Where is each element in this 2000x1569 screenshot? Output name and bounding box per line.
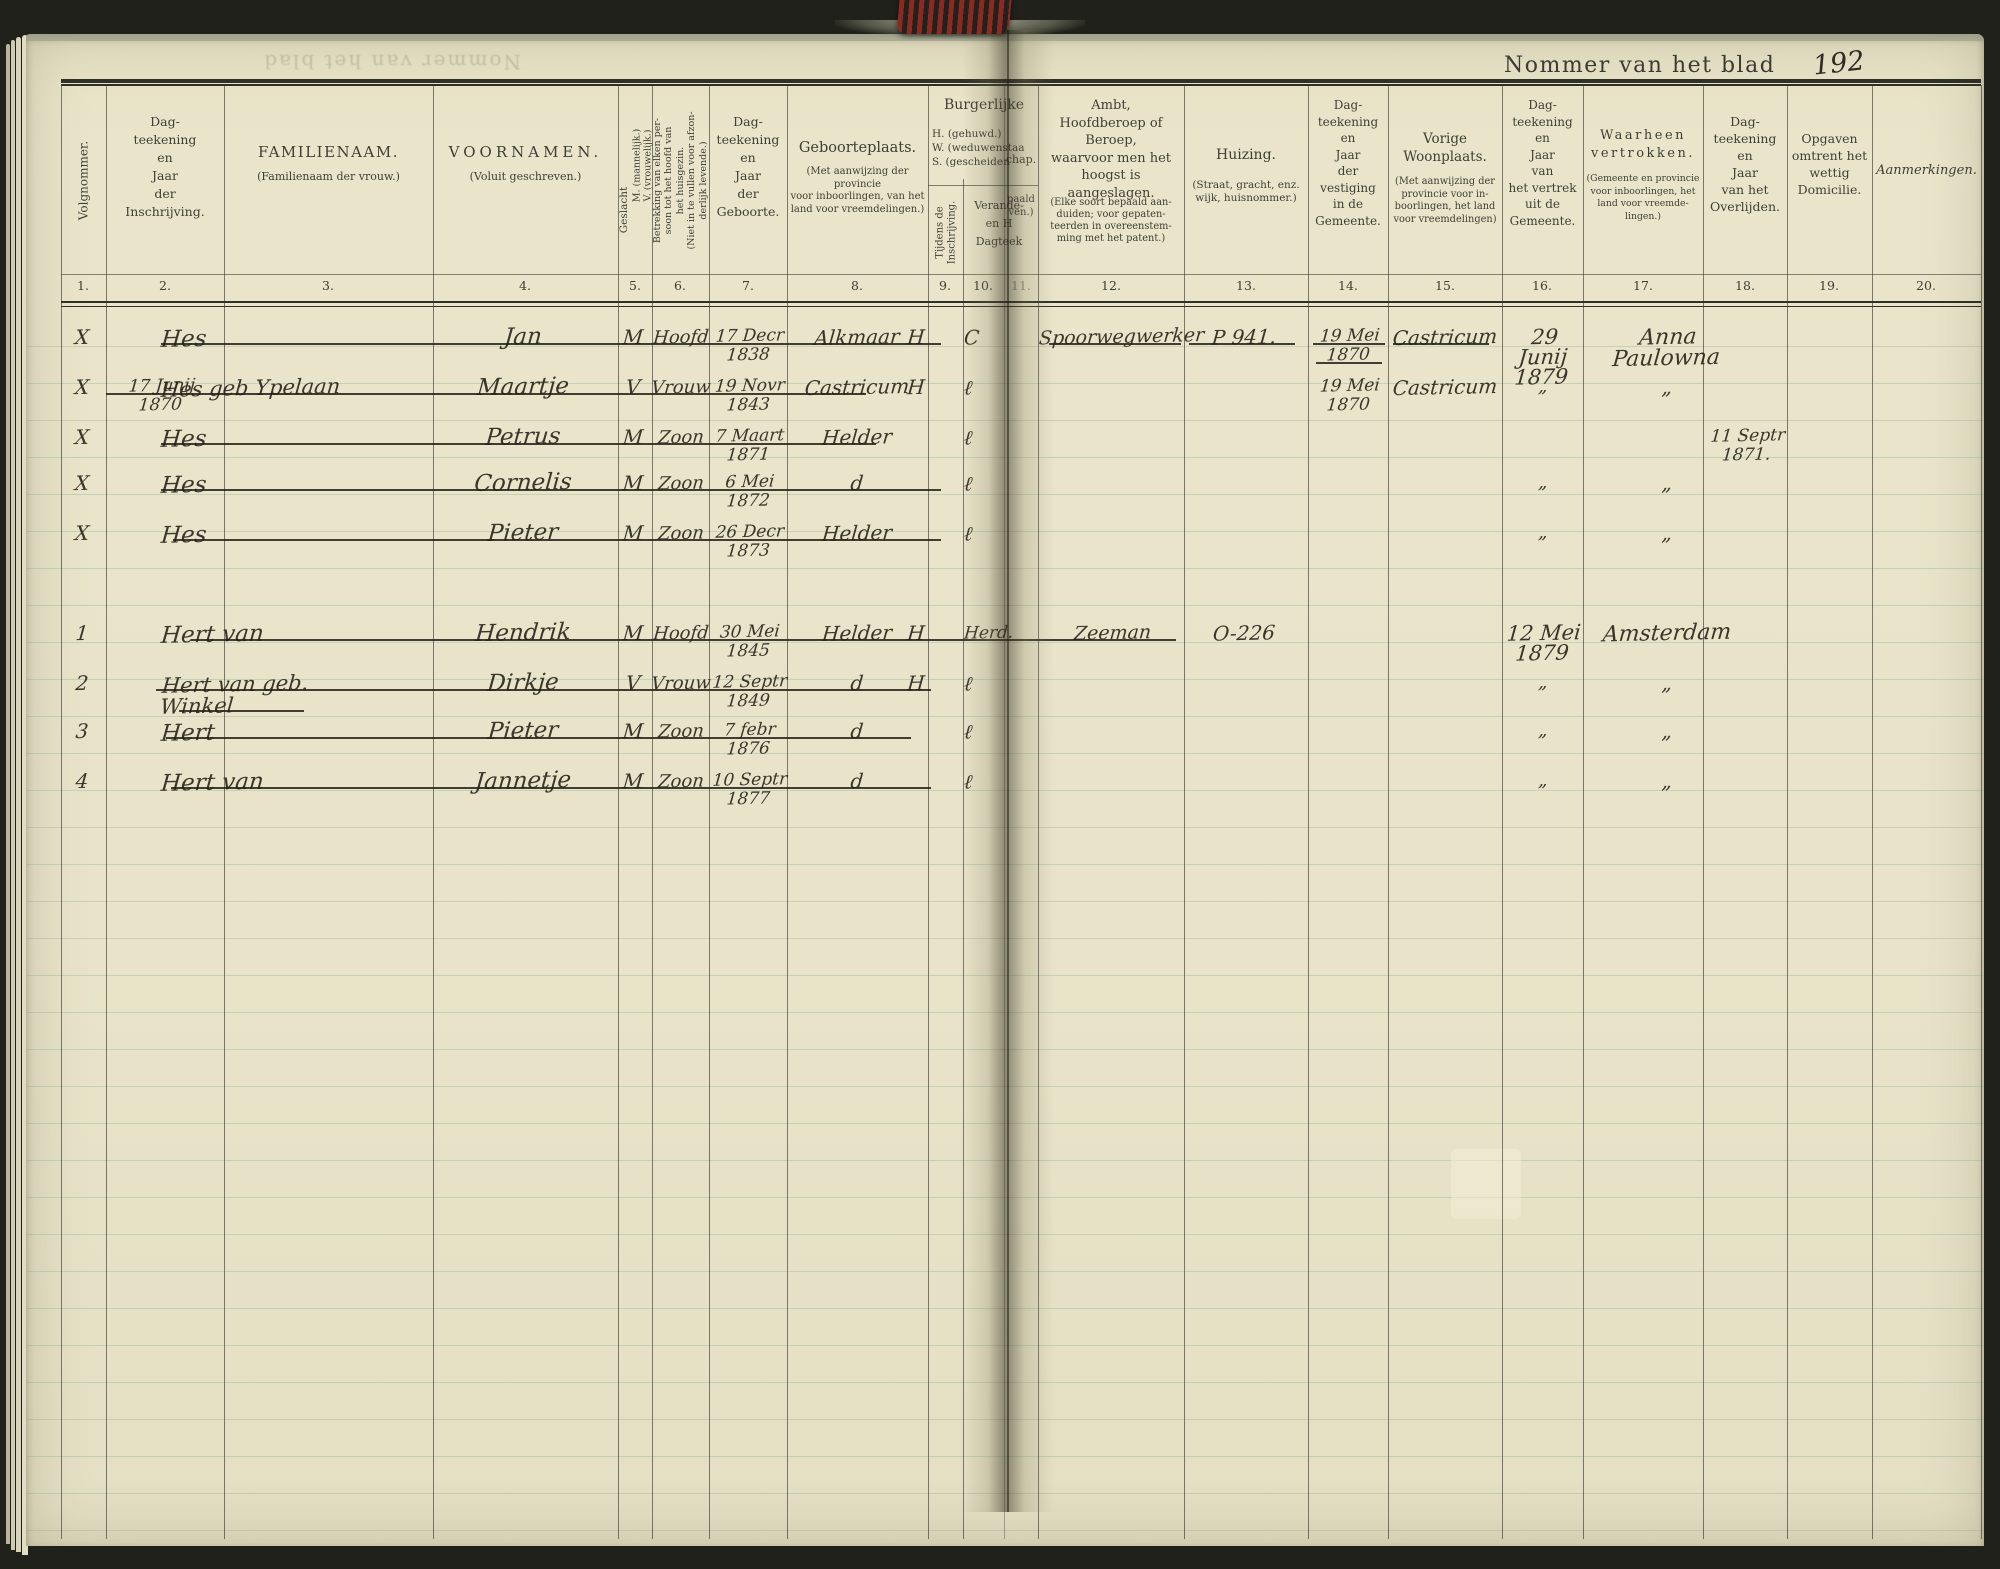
entry-illegible-mark: ℓ xyxy=(963,770,1027,792)
column-number: 1. xyxy=(68,278,98,293)
register-row: X Hes Cornelis M Zoon 6 Mei 1872 d ℓ „ „ xyxy=(61,473,1981,519)
strike-line xyxy=(166,737,911,739)
header-huizing: Huizing. (Straat, gracht, enz. wijk, hui… xyxy=(1184,147,1308,204)
entry-illegible-mark: C xyxy=(963,326,1027,348)
page-stack-edge xyxy=(6,44,10,1544)
entry-illegible-mark: ℓ xyxy=(963,472,1027,494)
strike-line xyxy=(1313,343,1385,345)
column-number: 4. xyxy=(510,278,540,293)
column-number: 20. xyxy=(1911,278,1941,293)
entry-voornamen: Maartje xyxy=(432,375,614,400)
header-betrekking: Betrekking van elken per- soon tot het h… xyxy=(652,88,709,273)
column-number: 3. xyxy=(313,278,343,293)
entry-geboortedatum: 7 Maart 1871 xyxy=(705,426,792,466)
column-number: 10. xyxy=(968,278,998,293)
header-fold-fragment-1: chap. xyxy=(999,153,1043,166)
header-domicilie: Opgaven omtrent het wettig Domicilie. xyxy=(1787,130,1872,198)
burgerlijke-separator xyxy=(928,185,1038,186)
entry-vertrek-datum: 12 Mei 1879 xyxy=(1500,622,1585,664)
page-stack-edge xyxy=(11,40,15,1550)
header-vorige-sub: (Met aanwijzing der provincie voor in- b… xyxy=(1388,176,1502,226)
entry-burgerlijke-staat: H xyxy=(900,673,932,695)
register-page: Nommer van het blad Nommer van het blad … xyxy=(26,34,1984,1546)
header-huizing-title: Huizing. xyxy=(1184,147,1308,163)
entry-geboortedatum: 30 Mei 1845 xyxy=(705,622,792,662)
entry-familienaam: Hert van xyxy=(160,768,432,795)
entry-familienaam: Hes geb Ypelaan xyxy=(160,374,432,401)
entry-waarheen-ditto: „ xyxy=(1582,521,1752,546)
column-number: 15. xyxy=(1430,278,1460,293)
entry-volgnommer: X xyxy=(62,327,102,349)
header-betrekking-text: Betrekking van elken per- soon tot het h… xyxy=(652,88,709,273)
entry-vertrek-ditto: „ xyxy=(1501,672,1585,694)
header-inschrijving: Dag- teekening en Jaar der Inschrijving. xyxy=(106,113,224,221)
book-headband xyxy=(897,0,1012,34)
header-waarheen-sub: (Gemeente en provincie voor inboorlingen… xyxy=(1583,173,1703,223)
entry-geboortedatum: 26 Decr 1873 xyxy=(705,522,792,562)
header-geslacht: Geslacht xyxy=(617,145,631,275)
entry-geboortedatum: 17 Decr 1838 xyxy=(705,326,792,366)
register-row: 2 Hert van geb. Winkel Dirkje V Vrouw 12… xyxy=(61,673,1981,719)
header-voornamen-sub: (Voluit geschreven.) xyxy=(433,171,618,184)
header-vestiging: Dag- teekening en Jaar der vestiging in … xyxy=(1308,97,1388,229)
entry-burgerlijke-staat: H xyxy=(900,623,932,645)
entry-geboorteplaats: Helder xyxy=(786,522,928,546)
entry-geboortedatum: 6 Mei 1872 xyxy=(705,472,792,512)
entry-illegible-mark: ℓ xyxy=(963,426,1027,448)
header-fold-fragment-2: paald ven.) xyxy=(999,193,1043,219)
header-waarheen-title: Waarheen vertrokken. xyxy=(1583,127,1703,163)
header-overlijden: Dag- teekening en Jaar van het Overlijde… xyxy=(1703,113,1787,215)
header-geslacht-m: M. (mannelijk.) xyxy=(631,90,642,240)
entry-waarheen-ditto: „ xyxy=(1582,671,1752,696)
table-header: Volgnommer. Dag- teekening en Jaar der I… xyxy=(61,85,1981,275)
header-vorige: Vorige Woonplaats. (Met aanwijzing der p… xyxy=(1388,130,1502,226)
entry-volgnommer: 2 xyxy=(62,673,102,695)
entry-familienaam: Hes xyxy=(160,424,432,451)
strike-line xyxy=(156,689,931,691)
strike-line xyxy=(179,710,304,712)
entry-burgerlijke-staat: H xyxy=(900,377,932,399)
strike-line xyxy=(1316,362,1382,364)
header-familienaam: FAMILIENAAM. (Familienaam der vrouw.) xyxy=(224,143,433,184)
gutter-crease xyxy=(1007,30,1009,1512)
entry-waarheen-ditto: „ xyxy=(1582,769,1752,794)
header-volgnommer: Volgnommer. xyxy=(61,85,106,275)
header-beroep-sub: (Elke soort bepaald aan- duiden; voor ge… xyxy=(1043,197,1179,245)
entry-volgnommer: 3 xyxy=(62,721,102,743)
entry-waarheen: Amsterdam xyxy=(1582,621,1752,646)
column-number: 5. xyxy=(620,278,650,293)
register-row: X Hes Petrus M Zoon 7 Maart 1871 Helder … xyxy=(61,427,1981,473)
entry-voornamen: Pieter xyxy=(432,521,614,546)
entry-volgnommer: 4 xyxy=(62,771,102,793)
entry-familienaam: Hert xyxy=(160,718,432,745)
entry-volgnommer: X xyxy=(62,377,102,399)
entry-voornamen: Dirkje xyxy=(432,671,614,696)
column-number: 17. xyxy=(1628,278,1658,293)
strike-line xyxy=(161,489,941,491)
header-voornamen: VOORNAMEN. (Voluit geschreven.) xyxy=(433,143,618,184)
header-vorige-title: Vorige Woonplaats. xyxy=(1388,130,1502,166)
entry-vertrek-ditto: „ xyxy=(1501,376,1585,398)
entry-overlijden: 11 Septr 1871. xyxy=(1702,426,1791,466)
entry-geboortedatum: 19 Novr 1843 xyxy=(705,376,792,416)
header-vertrek: Dag- teekening en Jaar van het vertrek u… xyxy=(1502,97,1583,229)
table-body: X Hes Jan M Hoofd 17 Decr 1838 Alkmaar H… xyxy=(61,307,1981,1539)
entry-huizing: P 941. xyxy=(1188,326,1300,349)
register-row: X Hes Jan M Hoofd 17 Decr 1838 Alkmaar H… xyxy=(61,327,1981,373)
column-number: 8. xyxy=(842,278,872,293)
entry-familienaam: Hes xyxy=(160,324,432,351)
entry-burgerlijke-staat: H xyxy=(900,327,932,349)
entry-voornamen: Pieter xyxy=(432,719,614,744)
column-number: 12. xyxy=(1096,278,1126,293)
entry-vestiging: 19 Mei 1870 xyxy=(1307,326,1390,366)
entry-familienaam: Hes xyxy=(160,470,432,497)
strike-line xyxy=(1049,343,1181,345)
entry-vertrek-ditto: „ xyxy=(1501,720,1585,742)
header-voornamen-title: VOORNAMEN. xyxy=(433,143,618,161)
column-number: 11. xyxy=(1006,278,1036,293)
register-row: X 17 Junij 1870 Hes geb Ypelaan Maartje … xyxy=(61,377,1981,423)
header-huizing-sub: (Straat, gracht, enz. wijk, huisnommer.) xyxy=(1184,179,1308,204)
entry-vestiging: 19 Mei 1870 xyxy=(1307,376,1390,416)
strike-line xyxy=(1393,343,1489,345)
entry-waarheen-ditto: „ xyxy=(1582,375,1752,400)
header-aanmerkingen: Aanmerkingen. xyxy=(1872,163,1981,178)
entry-geboortedatum: 12 Septr 1849 xyxy=(705,672,792,712)
column-number: 18. xyxy=(1730,278,1760,293)
header-geboorteplaats-sub: (Met aanwijzing der provincie voor inboo… xyxy=(787,166,928,216)
entry-volgnommer: X xyxy=(62,523,102,545)
book-scan: Nommer van het blad Nommer van het blad … xyxy=(0,0,2000,1569)
column-number: 19. xyxy=(1814,278,1844,293)
entry-illegible-mark: ℓ xyxy=(963,720,1027,742)
entry-voornamen: Jan xyxy=(432,325,614,350)
header-geboorteplaats-title: Geboorteplaats. xyxy=(787,140,928,156)
entry-huizing: O-226 xyxy=(1188,622,1300,645)
entry-beroep: Zeeman xyxy=(1038,621,1187,645)
entry-geboortedatum: 7 febr 1876 xyxy=(705,720,792,760)
register-row: 3 Hert Pieter M Zoon 7 febr 1876 d ℓ „ „ xyxy=(61,721,1981,767)
strike-line xyxy=(173,539,941,541)
entry-vorige-woonplaats: Castricum xyxy=(1388,326,1502,349)
header-familienaam-sub: (Familienaam der vrouw.) xyxy=(224,171,433,184)
page-stack-edge xyxy=(16,37,21,1552)
column-number: 6. xyxy=(665,278,695,293)
entry-geboorteplaats-ditto: d xyxy=(786,472,928,496)
column-number: 13. xyxy=(1231,278,1261,293)
entry-geboorteplaats-ditto: d xyxy=(786,720,928,744)
entry-vertrek-ditto: „ xyxy=(1501,770,1585,792)
entry-volgnommer: X xyxy=(62,473,102,495)
entry-illegible-mark: ℓ xyxy=(963,522,1027,544)
register-row: 1 Hert van Hendrik M Hoofd 30 Mei 1845 H… xyxy=(61,623,1981,669)
entry-beroep: Spoorwegwerker xyxy=(1038,325,1187,349)
header-geboorte: Dag- teekening en Jaar der Geboorte. xyxy=(709,113,787,221)
entry-geboorteplaats-ditto: d xyxy=(786,770,928,794)
ghost-bleed-text: Nommer van het blad xyxy=(211,50,521,74)
register-table: Volgnommer. Dag- teekening en Jaar der I… xyxy=(61,79,1981,1539)
header-waarheen: Waarheen vertrokken. (Gemeente en provin… xyxy=(1583,127,1703,223)
entry-geboorteplaats: Helder xyxy=(786,426,928,450)
column-number-row: 1. 2. 3. 4. 5. 6. 7. 8. 9. 10. 11. 12. 1… xyxy=(61,275,1981,301)
strike-line xyxy=(106,393,866,395)
header-volgnommer-text: Volgnommer. xyxy=(61,85,106,275)
register-row: 4 Hert van Jannetje M Zoon 10 Septr 1877… xyxy=(61,771,1981,817)
entry-illegible-mark: ℓ xyxy=(963,376,1027,398)
header-geslacht-m-text: M. (mannelijk.) xyxy=(631,90,642,240)
page-heading-label: Nommer van het blad xyxy=(1504,53,1775,78)
entry-illegible-mark: Herd. xyxy=(963,622,1027,644)
entry-voornamen: Cornelis xyxy=(432,471,614,496)
column-number: 7. xyxy=(733,278,763,293)
entry-geboortedatum: 10 Septr 1877 xyxy=(705,770,792,810)
strike-line xyxy=(171,787,931,789)
header-tijdens: Tijdens de Inschrijving. xyxy=(928,187,963,277)
header-familienaam-title: FAMILIENAAM. xyxy=(224,143,433,161)
header-geboorteplaats: Geboorteplaats. (Met aanwijzing der prov… xyxy=(787,140,928,216)
entry-vorige-woonplaats: Castricum xyxy=(1388,376,1502,399)
column-number: 9. xyxy=(930,278,960,293)
entry-voornamen: Jannetje xyxy=(432,769,614,794)
entry-waarheen-ditto: „ xyxy=(1582,471,1752,496)
strike-line xyxy=(191,639,1176,641)
entry-vertrek-ditto: „ xyxy=(1501,472,1585,494)
column-line xyxy=(1981,85,1982,1539)
entry-vertrek-ditto: „ xyxy=(1501,522,1585,544)
entry-voornamen: Petrus xyxy=(432,425,614,450)
page-heading: Nommer van het blad 192 xyxy=(1504,48,1865,79)
strike-line xyxy=(161,343,941,345)
strike-line xyxy=(1189,343,1295,345)
entry-volgnommer: X xyxy=(62,427,102,449)
entry-voornamen: Hendrik xyxy=(432,621,614,646)
header-geslacht-text: Geslacht xyxy=(617,145,631,275)
entry-waarheen: Anna Paulowna xyxy=(1581,325,1752,371)
register-row: X Hes Pieter M Zoon 26 Decr 1873 Helder … xyxy=(61,523,1981,569)
entry-familienaam: Hes xyxy=(160,520,432,547)
entry-waarheen-ditto: „ xyxy=(1582,719,1752,744)
header-tijdens-text: Tijdens de Inschrijving. xyxy=(928,187,963,277)
entry-familienaam: Hert van xyxy=(160,620,432,647)
header-beroep: Ambt, Hoofdberoep of Beroep, waarvoor me… xyxy=(1038,97,1184,202)
column-number: 16. xyxy=(1527,278,1557,293)
header-burgerlijke-titel: Burgerlijke xyxy=(928,97,1040,113)
entry-volgnommer: 1 xyxy=(62,623,102,645)
entry-illegible-mark: ℓ xyxy=(963,672,1027,694)
column-number: 14. xyxy=(1333,278,1363,293)
column-number: 2. xyxy=(150,278,180,293)
strike-line xyxy=(161,443,876,445)
folio-number: 192 xyxy=(1812,45,1867,81)
